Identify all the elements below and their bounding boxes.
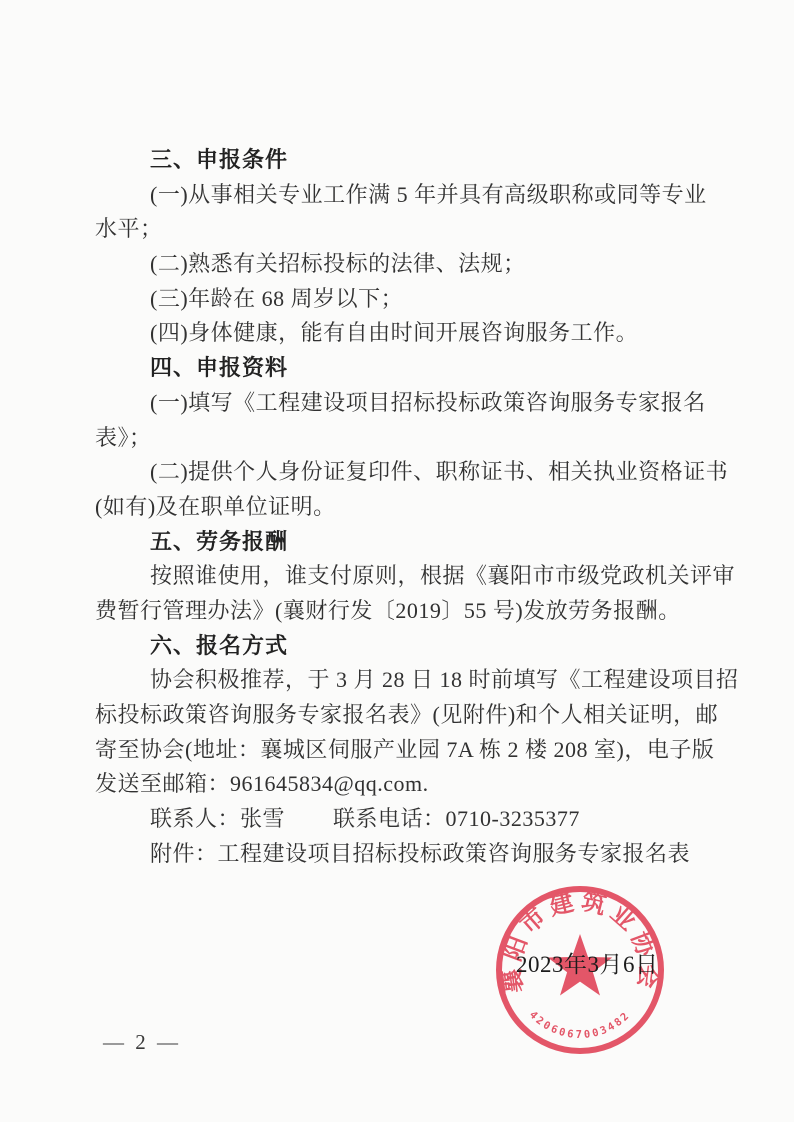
section-heading: 三、申报条件 [95, 143, 709, 178]
text-line: 协会积极推荐，于 3 月 28 日 18 时前填写《工程建设项目招 [95, 663, 709, 698]
text-line: 发送至邮箱：961645834@qq.com. [95, 767, 709, 802]
text-line: (二)提供个人身份证复印件、职称证书、相关执业资格证书 [95, 455, 709, 490]
attachment-line: 附件：工程建设项目招标投标政策咨询服务专家报名表 [95, 837, 709, 872]
text-line: 费暂行管理办法》(襄财行发〔2019〕55 号)发放劳务报酬。 [95, 594, 709, 629]
seal-date-text: 2023年3月6日 [516, 946, 659, 979]
text-line: 标投标政策咨询服务专家报名表》(见附件)和个人相关证明，邮 [95, 698, 709, 733]
text-line: 表》； [95, 421, 709, 456]
svg-text:4206067003482: 4206067003482 [527, 1009, 633, 1041]
seal-serial-text: 4206067003482 [527, 1009, 633, 1041]
text-line: (二)熟悉有关招标投标的法律、法规； [95, 247, 709, 282]
text-line: (如有)及在职单位证明。 [95, 490, 709, 525]
text-line: (四)身体健康，能有自由时间开展咨询服务工作。 [95, 316, 709, 351]
text-line: (一)填写《工程建设项目招标投标政策咨询服务专家报名 [95, 386, 709, 421]
text-line: (三)年龄在 68 周岁以下； [95, 282, 709, 317]
text-line: 寄至协会(地址：襄城区伺服产业园 7A 栋 2 楼 208 室)，电子版 [95, 733, 709, 768]
page-number: — 2 — [103, 1030, 181, 1055]
scanned-document-page: 三、申报条件 (一)从事相关专业工作满 5 年并具有高级职称或同等专业 水平； … [0, 0, 794, 1122]
section-heading: 六、报名方式 [95, 629, 709, 664]
document-body: 三、申报条件 (一)从事相关专业工作满 5 年并具有高级职称或同等专业 水平； … [95, 143, 709, 871]
section-heading: 四、申报资料 [95, 351, 709, 386]
text-line: 按照谁使用，谁支付原则，根据《襄阳市市级党政机关评审 [95, 559, 709, 594]
text-line: 水平； [95, 212, 709, 247]
section-heading: 五、劳务报酬 [95, 525, 709, 560]
text-line: (一)从事相关专业工作满 5 年并具有高级职称或同等专业 [95, 178, 709, 213]
contact-line: 联系人：张雪 联系电话：0710-3235377 [95, 802, 709, 837]
